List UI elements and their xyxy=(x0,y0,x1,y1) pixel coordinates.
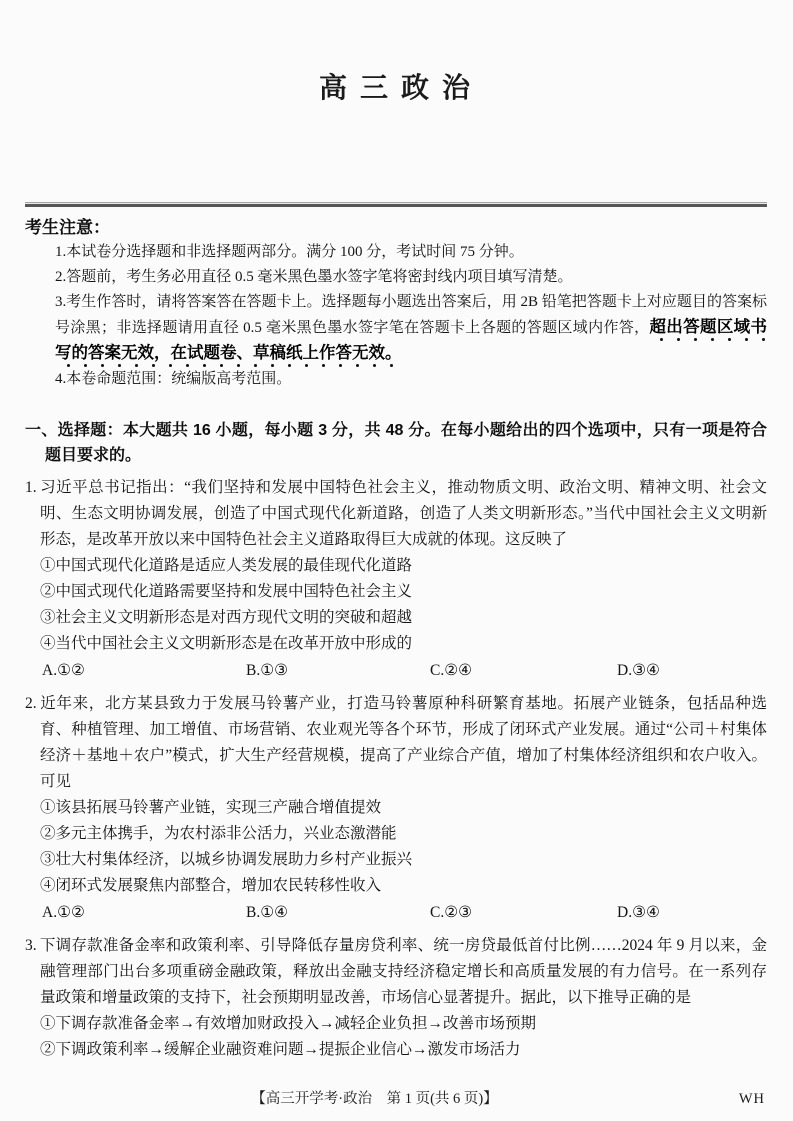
question-3-stem: 3.下调存款准备金率和政策利率、引导降低存量房贷利率、统一房贷最低首付比例……2… xyxy=(25,933,767,1011)
question-2-option-2: ②多元主体携手，为农村添非公活力，兴业态激潜能 xyxy=(25,821,767,847)
question-1: 1.习近平总书记指出：“我们坚持和发展中国特色社会主义，推动物质文明、政治文明、… xyxy=(25,475,767,684)
notice-item-2: 2.答题前，考生务必用直径 0.5 毫米黑色墨水签字笔将密封线内项目填写清楚。 xyxy=(55,265,767,290)
notice-item-3: 3.考生作答时，请将答案答在答题卡上。选择题每小题选出答案后，用 2B 铅笔把答… xyxy=(55,290,767,367)
question-2: 2.近年来，北方某县致力于发展马铃薯产业，打造马铃薯原种科研繁育基地。拓展产业链… xyxy=(25,691,767,926)
question-2-choice-c: C.②③ xyxy=(430,899,617,926)
question-2-stem: 2.近年来，北方某县致力于发展马铃薯产业，打造马铃薯原种科研繁育基地。拓展产业链… xyxy=(25,691,767,795)
question-3-number: 3. xyxy=(25,937,37,954)
question-2-choice-d: D.③④ xyxy=(617,899,767,926)
section-one-heading: 一、选择题：本大题共 16 小题，每小题 3 分，共 48 分。在每小题给出的四… xyxy=(25,418,767,468)
notice-section: 考生注意： 1.本试卷分选择题和非选择题两部分。满分 100 分，考试时间 75… xyxy=(25,215,767,392)
question-1-choice-a: A.①② xyxy=(42,657,246,684)
footer-code: WH xyxy=(739,1088,765,1110)
question-3-stem-text: 下调存款准备金率和政策利率、引导降低存量房贷利率、统一房贷最低首付比例……202… xyxy=(40,937,767,1006)
question-2-choice-b: B.①④ xyxy=(246,899,430,926)
question-3-option-2: ②下调政策利率→缓解企业融资难问题→提振企业信心→激发市场活力 xyxy=(25,1037,767,1063)
question-2-option-4: ④闭环式发展聚焦内部整合，增加农民转移性收入 xyxy=(25,873,767,899)
header-divider xyxy=(25,202,767,207)
question-1-choice-row: A.①② B.①③ C.②④ D.③④ xyxy=(25,657,767,684)
question-1-number: 1. xyxy=(25,479,37,496)
question-1-stem: 1.习近平总书记指出：“我们坚持和发展中国特色社会主义，推动物质文明、政治文明、… xyxy=(25,475,767,553)
question-1-stem-text: 习近平总书记指出：“我们坚持和发展中国特色社会主义，推动物质文明、政治文明、精神… xyxy=(40,479,767,548)
question-2-choice-row: A.①② B.①④ C.②③ D.③④ xyxy=(25,899,767,926)
question-1-choice-c: C.②④ xyxy=(430,657,617,684)
question-3-option-1: ①下调存款准备金率→有效增加财政投入→减轻企业负担→改善市场预期 xyxy=(25,1011,767,1037)
question-2-number: 2. xyxy=(25,695,37,712)
question-1-option-1: ①中国式现代化道路是适应人类发展的最佳现代化道路 xyxy=(25,553,767,579)
page-footer: 【高三开学考·政治 第 1 页(共 6 页)】 WH xyxy=(0,1088,793,1110)
question-3: 3.下调存款准备金率和政策利率、引导降低存量房贷利率、统一房贷最低首付比例……2… xyxy=(25,933,767,1063)
question-2-stem-text: 近年来，北方某县致力于发展马铃薯产业，打造马铃薯原种科研繁育基地。拓展产业链条，… xyxy=(40,695,767,790)
question-2-option-3: ③壮大村集体经济，以城乡协调发展助力乡村产业振兴 xyxy=(25,847,767,873)
question-1-option-4: ④当代中国社会主义文明新形态是在改革开放中形成的 xyxy=(25,631,767,657)
footer-page-info: 【高三开学考·政治 第 1 页(共 6 页)】 xyxy=(251,1088,498,1110)
notice-item-4: 4.本卷命题范围：统编版高考范围。 xyxy=(55,367,767,392)
question-1-choice-b: B.①③ xyxy=(246,657,430,684)
page-title: 高 三 政 治 xyxy=(25,0,767,106)
notice-heading: 考生注意： xyxy=(25,215,767,240)
exam-paper-page: 高 三 政 治 考生注意： 1.本试卷分选择题和非选择题两部分。满分 100 分… xyxy=(0,0,793,1121)
question-1-choice-d: D.③④ xyxy=(617,657,767,684)
question-2-option-1: ①该县拓展马铃薯产业链，实现三产融合增值提效 xyxy=(25,795,767,821)
question-1-option-3: ③社会主义文明新形态是对西方现代文明的突破和超越 xyxy=(25,605,767,631)
question-2-choice-a: A.①② xyxy=(42,899,246,926)
notice-item-1: 1.本试卷分选择题和非选择题两部分。满分 100 分，考试时间 75 分钟。 xyxy=(55,240,767,265)
question-1-option-2: ②中国式现代化道路需要坚持和发展中国特色社会主义 xyxy=(25,579,767,605)
page-content: 高 三 政 治 考生注意： 1.本试卷分选择题和非选择题两部分。满分 100 分… xyxy=(0,0,793,1063)
